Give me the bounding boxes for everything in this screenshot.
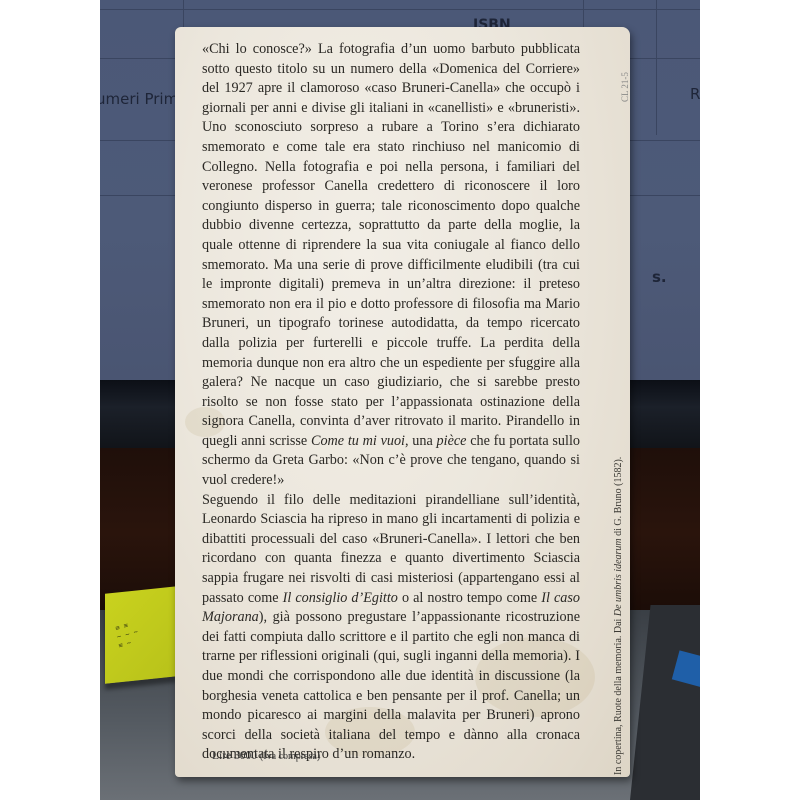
sticky-note: ≡ ≡~ ~ ~≡ ~ xyxy=(105,586,177,684)
cover-credit: In copertina, Ruote della memoria. Dai D… xyxy=(613,457,624,775)
price-label: Lire 3000 (Iva compresa) xyxy=(212,750,320,762)
book-back-cover: «Chi lo conosce?» La fotografia d’un uom… xyxy=(175,27,630,777)
grid-line xyxy=(656,0,657,135)
screen-text-s: s. xyxy=(652,268,667,286)
price: Lire 3000 xyxy=(212,750,257,762)
screen-text-r: R xyxy=(690,85,700,103)
spine-code: CL 21-5 xyxy=(620,72,630,102)
price-note: (Iva compresa) xyxy=(260,751,320,762)
grid-line xyxy=(100,9,700,10)
photo: ISBN umeri Primi) R s. ≡ ≡~ ~ ~≡ ~ «Chi … xyxy=(100,0,700,800)
blurb-paragraph-1: «Chi lo conosce?» La fotografia d’un uom… xyxy=(202,40,580,491)
blurb-paragraph-2: Seguendo il filo delle meditazioni piran… xyxy=(202,491,580,765)
blurb-text: «Chi lo conosce?» La fotografia d’un uom… xyxy=(202,40,580,765)
